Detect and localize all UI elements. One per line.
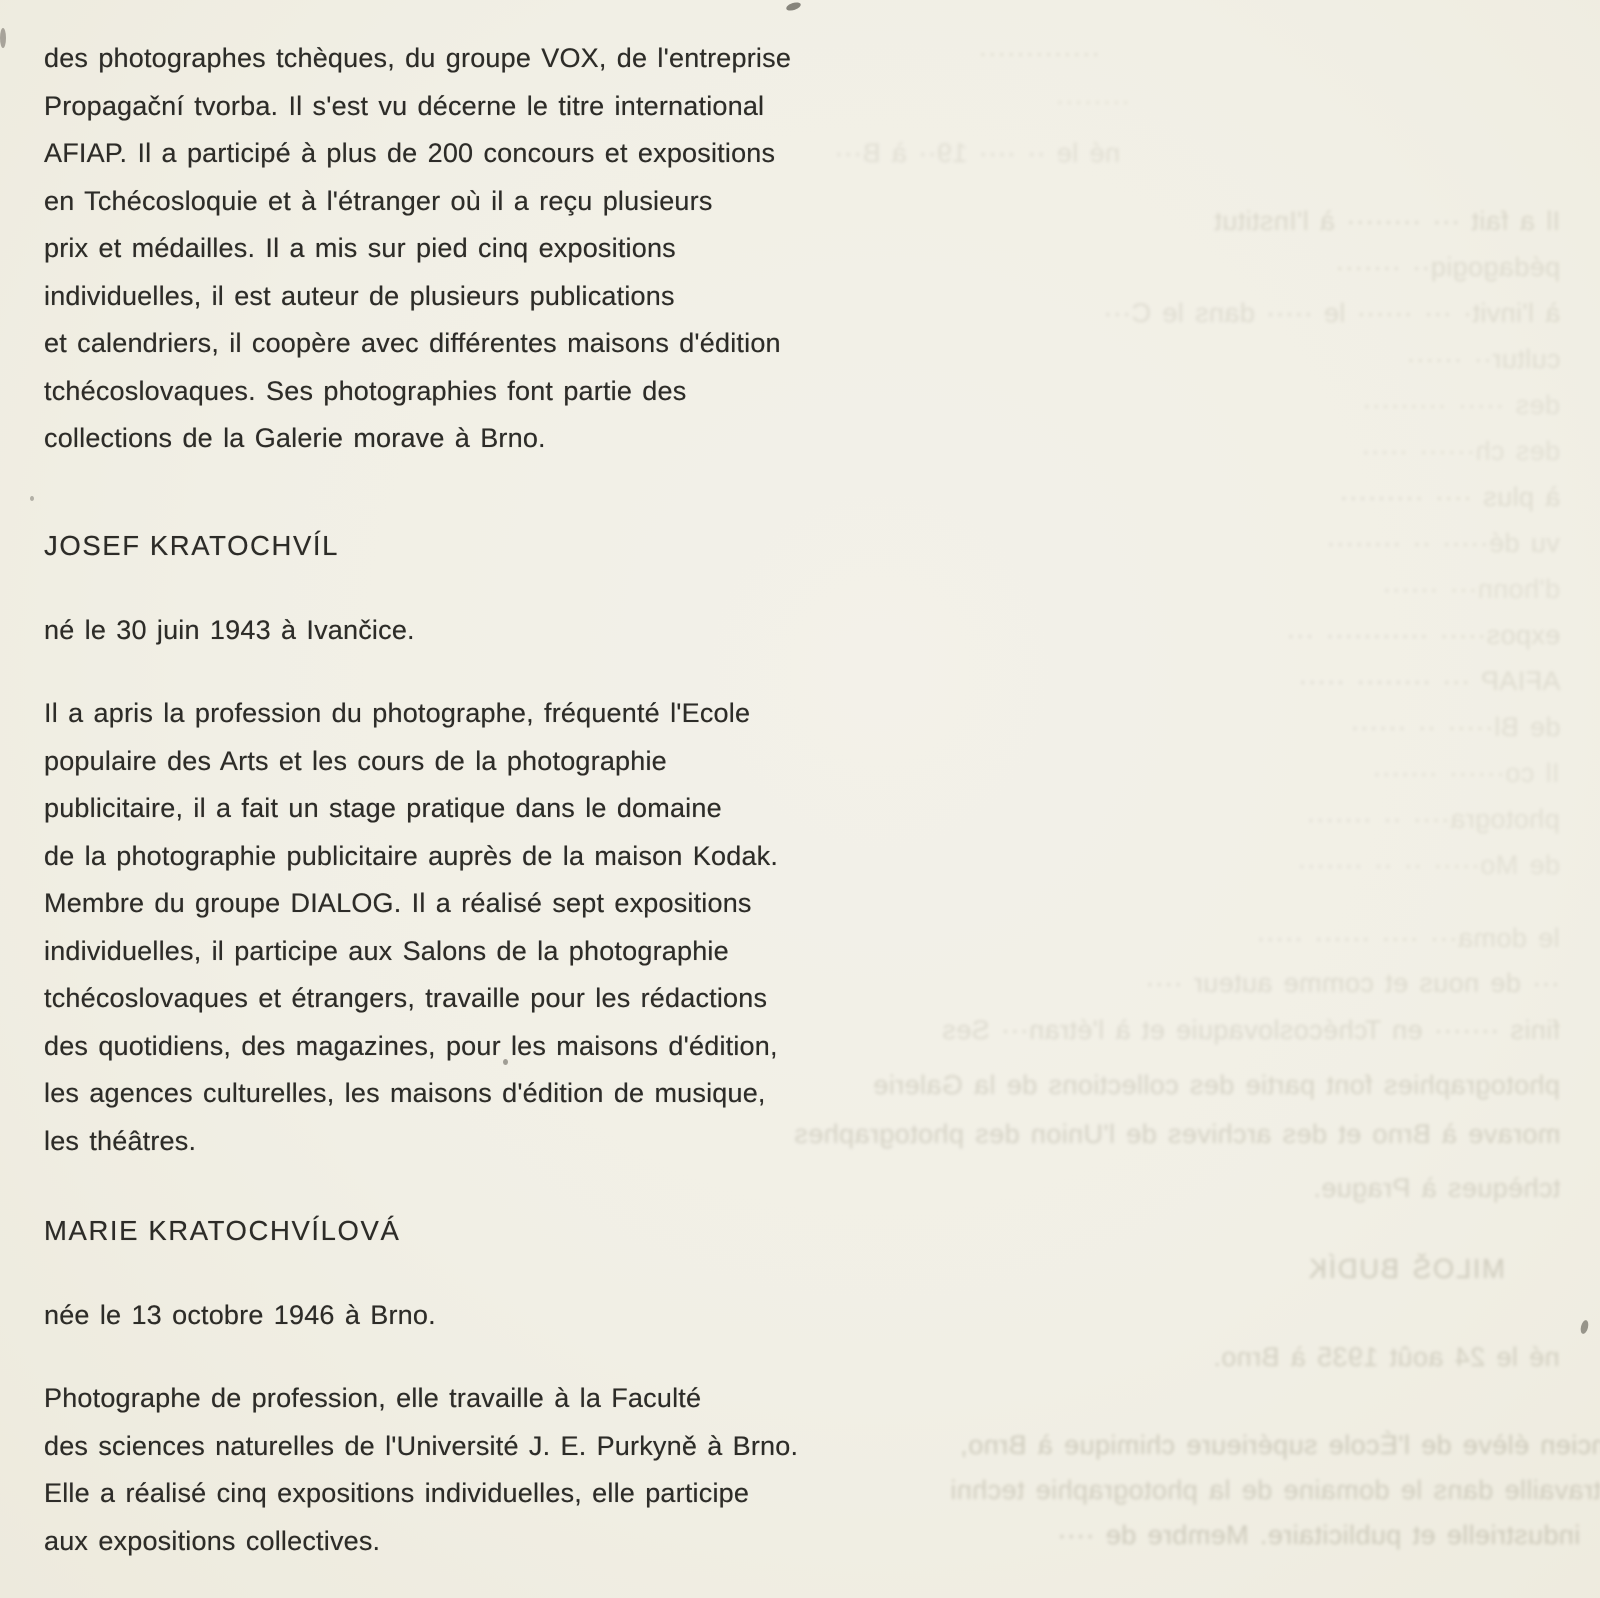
josef-bio-paragraph: Il a apris la profession du photographe,… [44,690,778,1165]
ghost-text-line: né le 24 août 1935 à Brno. [1213,1342,1560,1373]
ghost-text-line: cultur·· ······ [1406,344,1560,375]
josef-birth-line: né le 30 juin 1943 à Ivančice. [44,607,415,655]
marie-birth-line: née le 13 octobre 1946 à Brno. [44,1292,436,1340]
dust-speck [0,28,6,48]
ghost-text-line: le doma··· ···· ······ ····· [1256,923,1560,954]
dust-speck [503,1059,508,1065]
ghost-text-line: de Mo····· ·· ·· ······· [1297,850,1560,881]
ghost-text-line: il travaille dans le domaine de la photo… [950,1475,1600,1506]
ghost-text-line: des ····· ········· [1362,390,1560,421]
ghost-text-line: à l'invit· ··· ······ le ····· dans le C… [1103,298,1560,329]
ghost-text-line: d'honn··· ······ [1382,574,1560,605]
scanned-document-page: ·····················né le ·· ···· 19·· … [0,0,1600,1598]
ghost-text-line: des ch······ ····· [1361,436,1560,467]
ghost-text-line: industrielle et publicitaire. Membre de … [1057,1520,1580,1551]
ghost-text-line: Il a fait ··· ········ à l'Institut [1214,206,1560,237]
ghost-text-line: morave à Brno et des archives de l'Union… [794,1119,1560,1150]
ghost-heading-line: MILOŠ BUDÍK [1307,1253,1505,1284]
ghost-text-line: photogra···· ·· ······· [1306,804,1560,835]
ghost-text-line: tchèques à Prague. [1313,1173,1560,1204]
intro-paragraph: des photographes tchèques, du groupe VOX… [44,35,791,463]
ghost-text-line: ············· [978,38,1100,69]
marie-bio-paragraph: Photographe de profession, elle travaill… [44,1375,798,1565]
ghost-text-line: AFIAP ··· ········ ····· [1298,666,1561,697]
dust-speck [30,496,34,501]
dust-speck [785,1,801,12]
ghost-text-line: pédagogiq·· ······· [1335,252,1560,283]
ghost-text-line: vu dé····· ·· ········ [1326,528,1560,559]
ghost-text-line: Ancien élève de l'École supérieure chimi… [960,1430,1600,1461]
section-heading-josef-kratochvil: JOSEF KRATOCHVÍL [44,522,339,570]
dust-speck [1579,1319,1589,1334]
section-heading-marie-kratochvilova: MARIE KRATOCHVÍLOVÁ [44,1207,400,1255]
ghost-text-line: photographies font partie des collection… [873,1070,1560,1101]
ghost-text-line: à plus ···· ········· [1339,482,1560,513]
ghost-text-line: né le ·· ···· 19·· à B··· [834,138,1120,169]
ghost-text-line: expos····· ··········· ··· [1286,620,1560,651]
ghost-text-line: ········ [1055,86,1130,117]
ghost-text-line: de Bl····· ·· ······ [1350,712,1560,743]
ghost-text-line: finis ······· en Tchécoslovaquie et à l'… [942,1015,1560,1046]
ghost-text-line: ··· de nous et comme auteur ···· [1145,968,1560,999]
ghost-text-line: Il co······ ······· [1372,758,1560,789]
